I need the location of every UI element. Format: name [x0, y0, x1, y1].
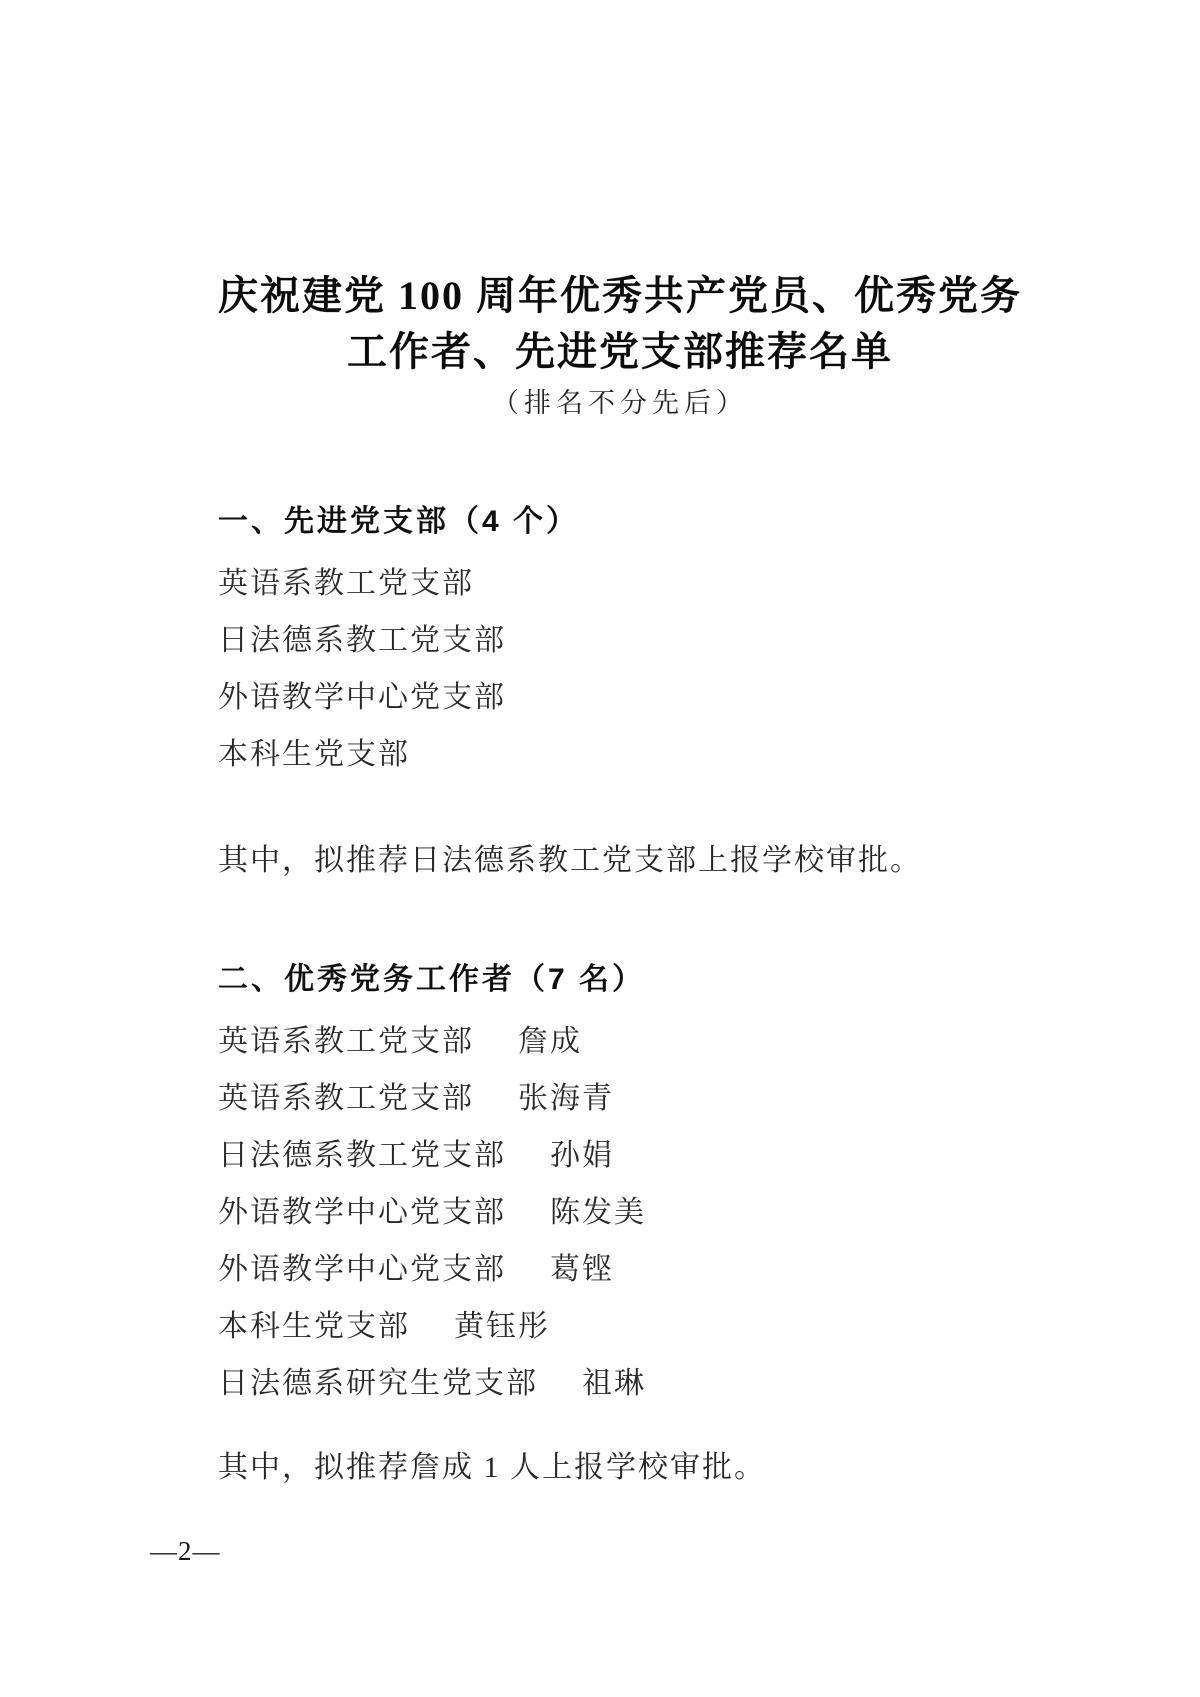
section-1-note: 其中，拟推荐日法德系教工党支部上报学校审批。	[218, 841, 1022, 881]
list-item: 日法德系教工党支部孙娟	[218, 1127, 1022, 1184]
member-name: 詹成	[518, 1025, 582, 1058]
document-subtitle: （排名不分先后）	[218, 386, 1022, 420]
list-item: 日法德系教工党支部	[218, 612, 1022, 669]
document-page: 庆祝建党 100 周年优秀共产党员、优秀党务 工作者、先进党支部推荐名单 （排名…	[0, 0, 1200, 1697]
branch-name: 外语教学中心党支部	[218, 1253, 506, 1286]
branch-name: 日法德系教工党支部	[218, 1139, 506, 1172]
member-name: 孙娟	[550, 1139, 614, 1172]
section-2-heading: 二、优秀党务工作者（7 名）	[218, 960, 1022, 1000]
list-item: 英语系教工党支部张海青	[218, 1070, 1022, 1127]
list-item: 英语系教工党支部	[218, 555, 1022, 612]
list-item: 英语系教工党支部詹成	[218, 1013, 1022, 1070]
advanced-branch-list: 英语系教工党支部 日法德系教工党支部 外语教学中心党支部 本科生党支部	[218, 555, 1022, 783]
list-item: 外语教学中心党支部	[218, 669, 1022, 726]
branch-name: 英语系教工党支部	[218, 1025, 474, 1058]
branch-name: 英语系教工党支部	[218, 1082, 474, 1115]
section-2-note: 其中，拟推荐詹成 1 人上报学校审批。	[218, 1448, 1022, 1488]
page-number: —2—	[150, 1535, 221, 1567]
member-name: 张海青	[518, 1082, 614, 1115]
list-item: 外语教学中心党支部葛铿	[218, 1241, 1022, 1298]
branch-name: 日法德系研究生党支部	[218, 1367, 538, 1400]
list-item: 本科生党支部黄钰彤	[218, 1298, 1022, 1355]
list-item: 本科生党支部	[218, 726, 1022, 783]
member-name: 黄钰彤	[454, 1310, 550, 1343]
branch-name: 外语教学中心党支部	[218, 1196, 506, 1229]
member-name: 祖琳	[582, 1367, 646, 1400]
branch-name: 本科生党支部	[218, 1310, 410, 1343]
document-title-line-2: 工作者、先进党支部推荐名单	[347, 329, 893, 374]
outstanding-worker-list: 英语系教工党支部詹成 英语系教工党支部张海青 日法德系教工党支部孙娟 外语教学中…	[218, 1013, 1022, 1412]
member-name: 葛铿	[550, 1253, 614, 1286]
document-title: 庆祝建党 100 周年优秀共产党员、优秀党务 工作者、先进党支部推荐名单	[218, 268, 1022, 380]
section-1-heading: 一、先进党支部（4 个）	[218, 502, 1022, 542]
document-title-line-1: 庆祝建党 100 周年优秀共产党员、优秀党务	[218, 273, 1022, 318]
member-name: 陈发美	[550, 1196, 646, 1229]
document-content: 庆祝建党 100 周年优秀共产党员、优秀党务 工作者、先进党支部推荐名单 （排名…	[218, 268, 1022, 1488]
list-item: 外语教学中心党支部陈发美	[218, 1184, 1022, 1241]
list-item: 日法德系研究生党支部祖琳	[218, 1355, 1022, 1412]
